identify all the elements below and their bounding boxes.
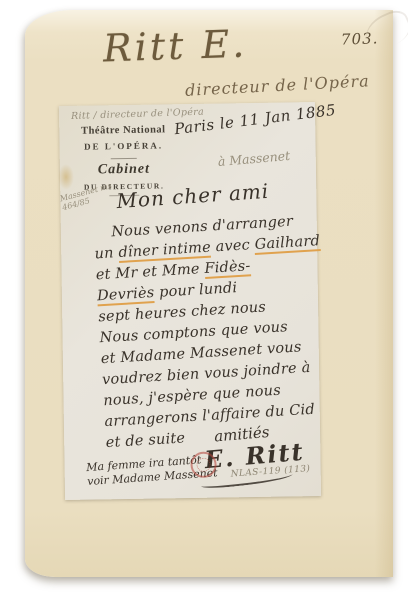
underlined-phrase: Gailhard [254,233,320,255]
scanned-album-page: 703. Ritt E. directeur de l'Opéra Ritt /… [0,0,408,600]
underlined-phrase: Fidès- [204,258,251,279]
letterhead-theatre-line: Théâtre National [65,124,181,137]
album-page-number: 703. [341,29,379,48]
letterhead-cabinet: Cabinet [66,161,182,179]
letterhead-opera-line: DE L'OPÉRA. [65,140,181,152]
mounted-letter: Ritt / directeur de l'Opéra Théâtre Nati… [59,102,321,500]
body-text: un [94,245,119,262]
body-text: avec [210,237,255,256]
correspondent-title: directeur de l'Opéra [185,71,370,100]
pencil-addressee-note: à Massenet [217,148,290,169]
stamp-inner-ring [196,458,210,472]
album-page: 703. Ritt E. directeur de l'Opéra Ritt /… [25,10,393,577]
letter-body: Nous venons d'arrangerun dîner intime av… [93,211,321,454]
body-text: pour lundi [154,280,238,301]
body-text: et de suite [105,430,185,451]
letterhead-rule [111,158,137,159]
correspondent-name: Ritt E. [102,21,248,70]
underlined-phrase: Devriès [97,285,155,306]
